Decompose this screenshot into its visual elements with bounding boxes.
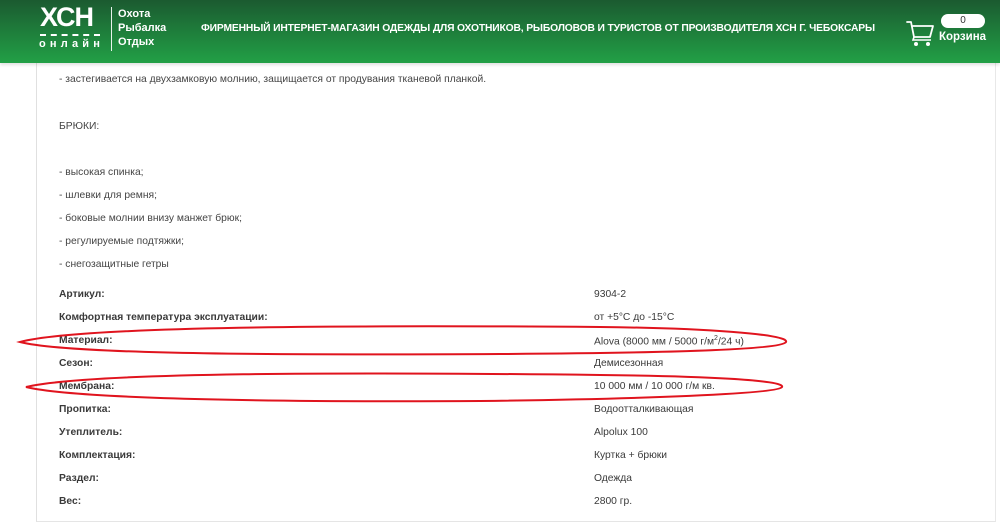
cart-icon [906,18,936,48]
logo-separator [111,7,112,51]
site-header: ХСН онлайн Охота Рыбалка Отдых ФИРМЕННЫЙ… [0,0,1000,63]
property-value: Водоотталкивающая [594,404,694,415]
property-value: от +5°C до -15°C [594,312,674,323]
logo-dash-divider [40,34,100,36]
property-label: Утеплитель: [59,427,122,438]
property-value: Одежда [594,473,632,484]
property-value: Alova (8000 мм / 5000 г/м2/24 ч) [594,335,744,347]
property-value: 2800 гр. [594,496,632,507]
description-line: - снегозащитные гетры [59,259,169,270]
logo-words: Охота Рыбалка Отдых [118,7,166,49]
property-label: Мембрана: [59,381,114,392]
description-line: - застегивается на двухзамковую молнию, … [59,74,486,85]
property-value: 10 000 мм / 10 000 г/м кв. [594,381,715,392]
property-label: Пропитка: [59,404,111,415]
logo-subtitle: онлайн [39,38,104,50]
property-label: Сезон: [59,358,93,369]
logo-mark: ХСН онлайн [38,4,102,56]
property-value: Демисезонная [594,358,663,369]
property-row-membrane: Мембрана: 10 000 мм / 10 000 г/м кв. [59,381,959,399]
property-row-set: Комплектация: Куртка + брюки [59,450,959,468]
description-line: - боковые молнии внизу манжет брюк; [59,213,242,224]
property-row-material: Материал: Alova (8000 мм / 5000 г/м2/24 … [59,335,959,353]
description-line: - шлевки для ремня; [59,190,157,201]
logo-word: Рыбалка [118,21,166,35]
property-row-temperature: Комфортная температура эксплуатации: от … [59,312,959,330]
property-row-section: Раздел: Одежда [59,473,959,491]
description-heading: БРЮКИ: [59,121,99,132]
property-label: Артикул: [59,289,105,300]
property-row-article: Артикул: 9304-2 [59,289,959,307]
logo-word: Охота [118,7,166,21]
description-line: - регулируемые подтяжки; [59,236,184,247]
description-line: - высокая спинка; [59,167,144,178]
property-row-insulation: Утеплитель: Alpolux 100 [59,427,959,445]
property-label: Материал: [59,335,113,346]
property-row-season: Сезон: Демисезонная [59,358,959,376]
property-label: Комплектация: [59,450,135,461]
cart-button[interactable]: 0 Корзина [906,14,992,52]
property-value: Alpolux 100 [594,427,648,438]
cart-count-badge: 0 [941,14,985,28]
property-row-impregnation: Пропитка: Водоотталкивающая [59,404,959,422]
property-label: Раздел: [59,473,99,484]
logo-brand: ХСН [40,2,93,33]
site-logo[interactable]: ХСН онлайн Охота Рыбалка Отдых [38,4,166,56]
property-value: Куртка + брюки [594,450,667,461]
product-description-panel: - застегивается на двухзамковую молнию, … [36,63,996,522]
property-label: Комфортная температура эксплуатации: [59,312,268,323]
property-value: 9304-2 [594,289,626,300]
logo-word: Отдых [118,35,166,49]
header-tagline: ФИРМЕННЫЙ ИНТЕРНЕТ-МАГАЗИН ОДЕЖДЫ ДЛЯ ОХ… [201,23,875,34]
property-row-weight: Вес: 2800 гр. [59,496,959,514]
cart-label: Корзина [939,31,986,43]
property-label: Вес: [59,496,81,507]
